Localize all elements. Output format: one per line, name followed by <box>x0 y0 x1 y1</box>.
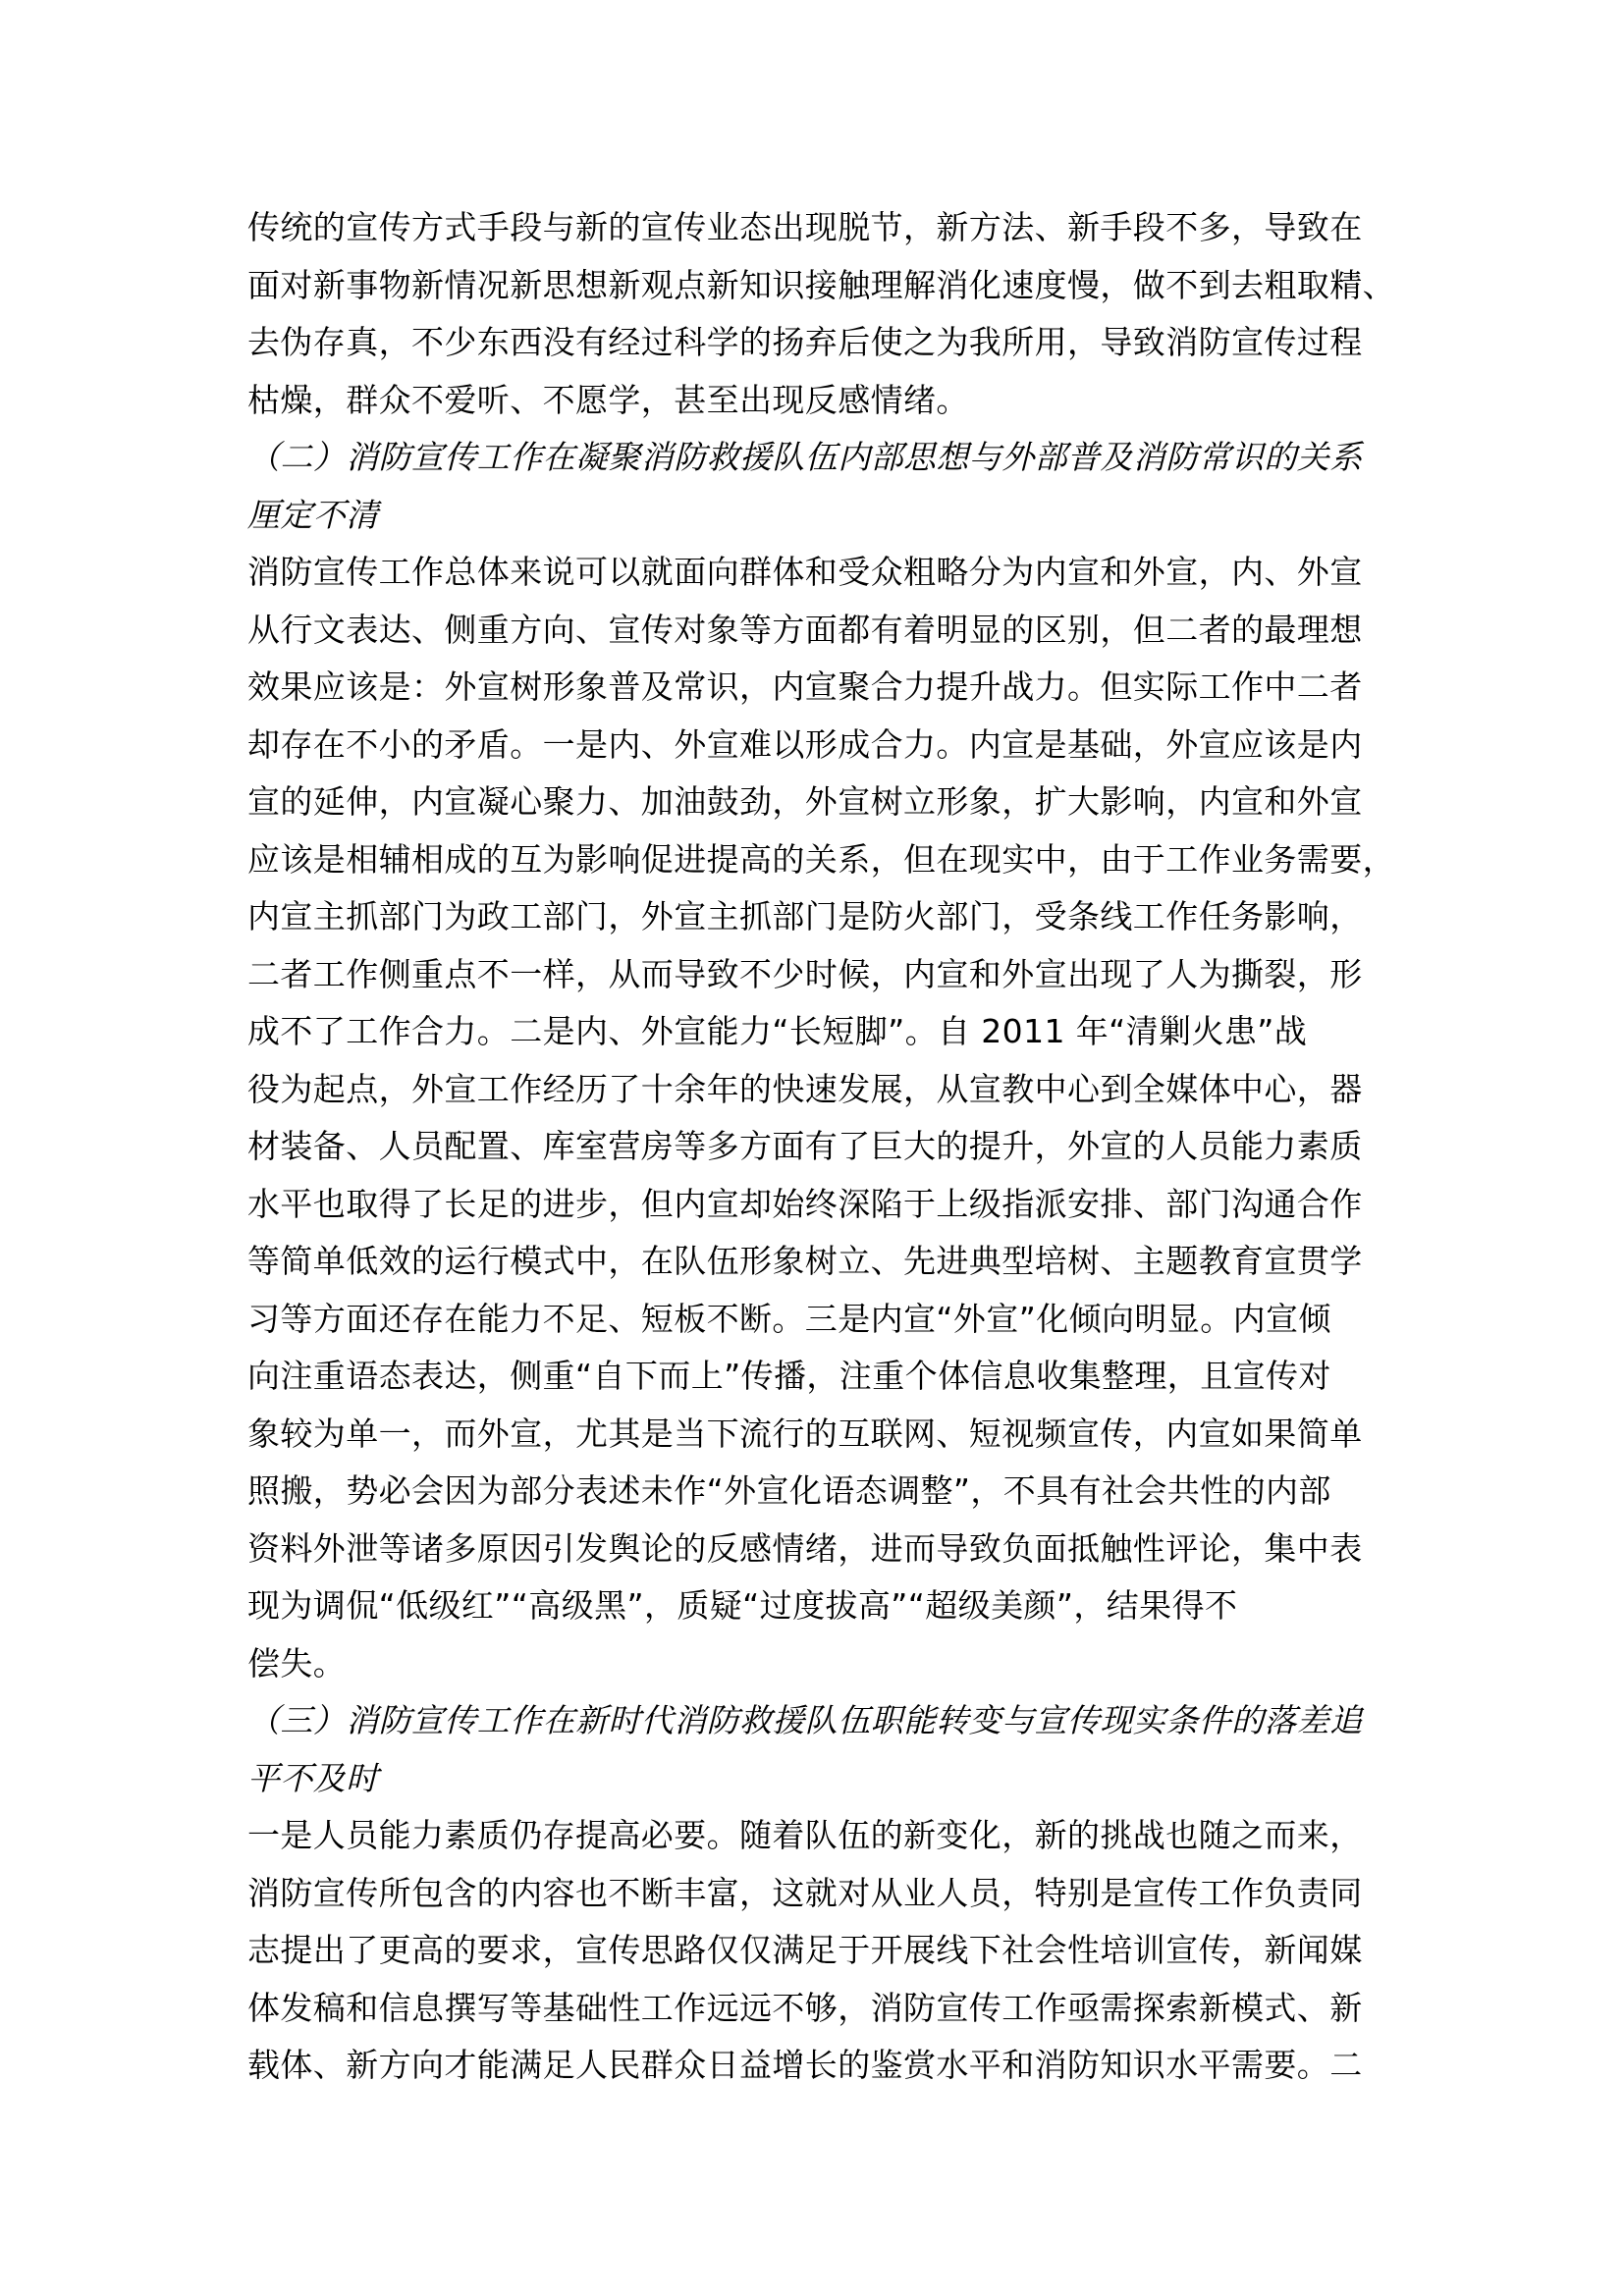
text-line: 现为调侃“低级红”“高级黑”，质疑“过度拔高”“超级美颜”，结果得不 <box>247 1577 1377 1635</box>
text-line: 传统的宣传方式手段与新的宣传业态出现脱节，新方法、新手段不多，导致在 <box>247 199 1377 257</box>
text-line: 消防宣传所包含的内容也不断丰富，这就对从业人员，特别是宣传工作负责同 <box>247 1865 1377 1923</box>
paragraph-internal-external-publicity: 消防宣传工作总体来说可以就面向群体和受众粗略分为内宣和外宣，内、外宣 从行文表达… <box>247 544 1377 1692</box>
heading-line: （三）消防宣传工作在新时代消防救援队伍职能转变与宣传现实条件的落差追 <box>247 1692 1377 1750</box>
text-line: 象较为单一，而外宣，尤其是当下流行的互联网、短视频宣传，内宣如果简单 <box>247 1406 1377 1464</box>
text-line: 资料外泄等诸多原因引发舆论的反感情绪，进而导致负面抵触性评论，集中表 <box>247 1521 1377 1578</box>
text-line: 宣的延伸，内宣凝心聚力、加油鼓劲，外宣树立形象，扩大影响，内宣和外宣 <box>247 774 1377 831</box>
text-line: 等简单低效的运行模式中，在队伍形象树立、先进典型培树、主题教育宣贯学 <box>247 1233 1377 1291</box>
heading-line: 厘定不清 <box>247 487 1377 545</box>
text-line: 二者工作侧重点不一样，从而导致不少时候，内宣和外宣出现了人为撕裂，形 <box>247 946 1377 1004</box>
text-line: 从行文表达、侧重方向、宣传对象等方面都有着明显的区别，但二者的最理想 <box>247 602 1377 660</box>
text-line: 去伪存真，不少东西没有经过科学的扬弃后使之为我所用，导致消防宣传过程 <box>247 314 1377 372</box>
heading-line: （二）消防宣传工作在凝聚消防救援队伍内部思想与外部普及消防常识的关系 <box>247 429 1377 487</box>
text-line: 照搬，势必会因为部分表述未作“外宣化语态调整”，不具有社会共性的内部 <box>247 1463 1377 1521</box>
text-line: 内宣主抓部门为政工部门，外宣主抓部门是防火部门，受条线工作任务影响， <box>247 888 1377 946</box>
document-page: 传统的宣传方式手段与新的宣传业态出现脱节，新方法、新手段不多，导致在 面对新事物… <box>247 199 1377 2095</box>
text-line: 体发稿和信息撰写等基础性工作远远不够，消防宣传工作亟需探索新模式、新 <box>247 1980 1377 2038</box>
section-heading-3: （三）消防宣传工作在新时代消防救援队伍职能转变与宣传现实条件的落差追 平不及时 <box>247 1692 1377 1807</box>
text-line: 役为起点，外宣工作经历了十余年的快速发展，从宣教中心到全媒体中心，器 <box>247 1061 1377 1119</box>
text-line: 材装备、人员配置、库室营房等多方面有了巨大的提升，外宣的人员能力素质 <box>247 1118 1377 1176</box>
text-line: 面对新事物新情况新思想新观点新知识接触理解消化速度慢，做不到去粗取精、 <box>247 257 1377 315</box>
text-line: 成不了工作合力。二是内、外宣能力“长短脚”。自 2011 年“清剿火患”战 <box>247 1003 1377 1061</box>
text-line: 效果应该是：外宣树形象普及常识，内宣聚合力提升战力。但实际工作中二者 <box>247 659 1377 717</box>
text-line: 习等方面还存在能力不足、短板不断。三是内宣“外宣”化倾向明显。内宣倾 <box>247 1291 1377 1349</box>
text-line: 向注重语态表达，侧重“自下而上”传播，注重个体信息收集整理，且宣传对 <box>247 1348 1377 1406</box>
section-heading-2: （二）消防宣传工作在凝聚消防救援队伍内部思想与外部普及消防常识的关系 厘定不清 <box>247 429 1377 544</box>
text-line: 志提出了更高的要求，宣传思路仅仅满足于开展线下社会性培训宣传，新闻媒 <box>247 1922 1377 1980</box>
text-line: 消防宣传工作总体来说可以就面向群体和受众粗略分为内宣和外宣，内、外宣 <box>247 544 1377 602</box>
text-line: 枯燥，群众不爱听、不愿学，甚至出现反感情绪。 <box>247 372 1377 430</box>
text-line: 载体、新方向才能满足人民群众日益增长的鉴赏水平和消防知识水平需要。二 <box>247 2037 1377 2095</box>
text-line: 偿失。 <box>247 1635 1377 1693</box>
paragraph-personnel-capability: 一是人员能力素质仍存提高必要。随着队伍的新变化，新的挑战也随之而来， 消防宣传所… <box>247 1807 1377 2095</box>
heading-line: 平不及时 <box>247 1750 1377 1808</box>
text-line: 应该是相辅相成的互为影响促进提高的关系，但在现实中，由于工作业务需要， <box>247 831 1377 889</box>
text-line: 水平也取得了长足的进步，但内宣却始终深陷于上级指派安排、部门沟通合作 <box>247 1176 1377 1234</box>
text-line: 一是人员能力素质仍存提高必要。随着队伍的新变化，新的挑战也随之而来， <box>247 1807 1377 1865</box>
text-line: 却存在不小的矛盾。一是内、外宣难以形成合力。内宣是基础，外宣应该是内 <box>247 717 1377 774</box>
paragraph-continuation: 传统的宣传方式手段与新的宣传业态出现脱节，新方法、新手段不多，导致在 面对新事物… <box>247 199 1377 429</box>
